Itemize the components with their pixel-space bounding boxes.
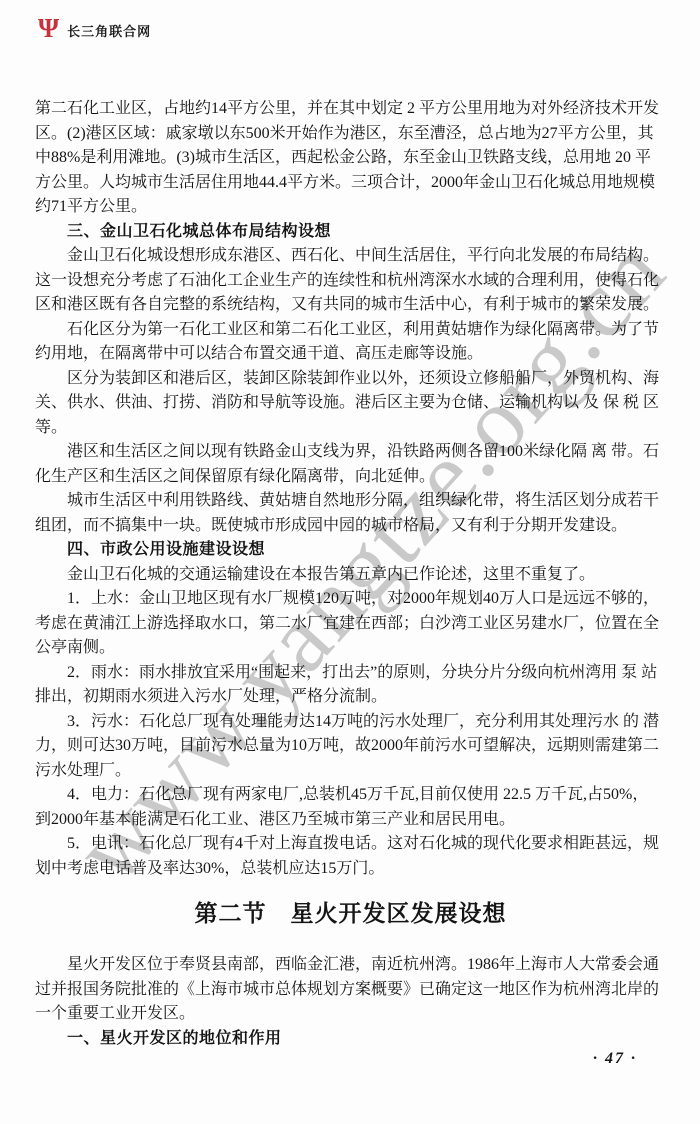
paragraph-line: 组团，而不搞集中一块。既使城市形成园中园的城市格局，又有利于分期开发建设。 [35,514,666,539]
paragraph-line: 考虑在黄浦江上游选择取水口，第二水厂宜建在西部；白沙湾工业区另建水厂，位置在全 [35,612,666,637]
paragraph-line: 区和港区既有各自完整的系统结构，又有共同的城市生活中心，有利于城市的繁荣发展。 [35,293,666,318]
page-number: · 47 · [560,1050,670,1068]
subsection-heading: 三、金山卫石化城总体布局结构设想 [35,220,666,245]
paragraph-line: 区。(2)港区区域：戚家墩以东500米开始作为港区，东至漕泾，总占地为27平方公… [35,122,666,147]
subsection-heading: 一、星火开发区的地位和作用 [35,1027,666,1052]
paragraph-line: 公亭南侧。 [35,636,666,661]
paragraph-line: 过并报国务院批准的《上海市城市总体规划方案概要》已确定这一地区作为杭州湾北岸的 [35,978,666,1003]
paragraph-line: 星火开发区位于奉贤县南部，西临金汇港，南近杭州湾。1986年上海市人大常委会通 [35,953,666,978]
site-header: Ψ 长三角联合网 [38,13,151,43]
section-title: 第二节 星火开发区发展设想 [35,897,666,931]
site-logo-icon: Ψ [38,13,59,43]
paragraph-line: 一个重要工业开发区。 [35,1002,666,1027]
paragraph-line: 污水处理厂。 [35,759,666,784]
paragraph-line: 约71平方公里。 [35,195,666,220]
paragraph-line: 方公里。人均城市生活居住用地44.4平方米。三项合计，2000年金山卫石化城总用… [35,171,666,196]
paragraph-line: 这一设想充分考虑了石油化工企业生产的连续性和杭州湾深水水域的合理利用，使得石化 [35,269,666,294]
paragraph-line: 1．上水：金山卫地区现有水厂规模120万吨，对2000年规划40万人口是远远不够… [35,587,666,612]
paragraph-line: 区分为装卸区和港后区，装卸区除装卸作业以外，还须设立修船船厂，外贸机构、海 [35,367,666,392]
paragraph-line: 4．电力：石化总厂现有两家电厂,总装机45万千瓦,目前仅使用 22.5 万千瓦,… [35,783,666,808]
paragraph-line: 中88%是利用滩地。(3)城市生活区，西起松金公路，东至金山卫铁路支线，总用地 … [35,146,666,171]
paragraph-line: 第二石化工业区，占地约14平方公里，并在其中划定 2 平方公里用地为对外经济技术… [35,97,666,122]
paragraph-line: 等。 [35,416,666,441]
paragraph-line: 3．污水：石化总厂现有处理能力达14万吨的污水处理厂，充分利用其处理污水 的 潜 [35,710,666,735]
site-name: 长三角联合网 [67,17,151,40]
paragraph-line: 金山卫石化城的交通运输建设在本报告第五章内已作论述，这里不重复了。 [35,563,666,588]
paragraph-line: 5．电讯：石化总厂现有4千对上海直拨电话。这对石化城的现代化要求相距甚远，规 [35,832,666,857]
paragraph-line: 城市生活区中利用铁路线、黄姑塘自然地形分隔，组织绿化带，将生活区划分成若干 [35,489,666,514]
document-body: 第二石化工业区，占地约14平方公里，并在其中划定 2 平方公里用地为对外经济技术… [35,97,666,1051]
paragraph-line: 划中考虑电话普及率达30%，总装机应达15万门。 [35,857,666,882]
paragraph-line: 2．雨水：雨水排放宜采用“围起来，打出去”的原则，分块分片分级向杭州湾用 泵 站 [35,661,666,686]
paragraph-line: 金山卫石化城设想形成东港区、西石化、中间生活居住，平行向北发展的布局结构。 [35,244,666,269]
paragraph-line: 石化区分为第一石化工业区和第二石化工业区，利用黄姑塘作为绿化隔离带。为了节 [35,318,666,343]
paragraph-line: 约用地，在隔离带中可以结合布置交通干道、高压走廊等设施。 [35,342,666,367]
paragraph-line: 到2000年基本能满足石化工业、港区乃至城市第三产业和居民用电。 [35,808,666,833]
paragraph-line: 力，则可达30万吨，目前污水总量为10万吨，故2000年前污水可望解决，远期则需… [35,734,666,759]
document-page: Ψ 长三角联合网 www.yangtze.org.cn 第二石化工业区，占地约1… [0,0,700,1124]
paragraph-line: 化生产区和生活区之间保留原有绿化隔离带，向北延伸。 [35,465,666,490]
subsection-heading: 四、市政公用设施建设设想 [35,538,666,563]
paragraph-line: 港区和生活区之间以现有铁路金山支线为界，沿铁路两侧各留100米绿化隔 离 带。石 [35,440,666,465]
paragraph-line: 关、供水、供油、打捞、消防和导航等设施。港后区主要为仓储、运输机构以 及 保 税… [35,391,666,416]
paragraph-line: 排出，初期雨水须进入污水厂处理，严格分流制。 [35,685,666,710]
